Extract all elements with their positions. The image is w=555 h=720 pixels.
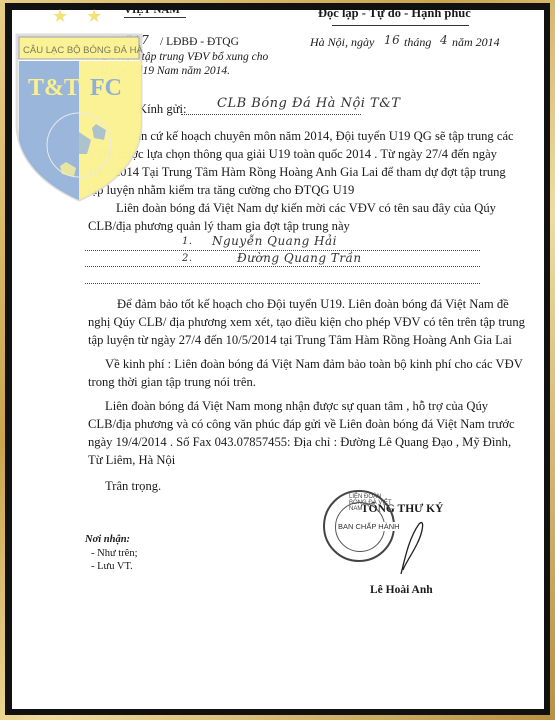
recipient-value: CLB Bóng Đá Hà Nội T&T bbox=[217, 96, 400, 111]
para5-line-3: ngày 19/4/2014 . Số Fax 043.07857455: Đị… bbox=[88, 435, 511, 450]
date-day: 16 bbox=[384, 33, 400, 47]
para3-line-2: nghị Qúy CLB/ địa phương xem xét, tạo đi… bbox=[88, 315, 525, 330]
player-line-2 bbox=[85, 266, 480, 267]
signer-name: Lê Hoài Anh bbox=[370, 584, 433, 596]
para4-line-2: trong thời gian tập trung nói trên. bbox=[88, 375, 256, 390]
para2-line-2: CLB/địa phương quản lý tham gia đợt tập … bbox=[88, 219, 350, 234]
player-line-3 bbox=[85, 283, 480, 284]
logo-right-text: FC bbox=[90, 75, 122, 101]
country-name: VIỆT NAM bbox=[124, 10, 180, 16]
player-1-index: 1. bbox=[182, 236, 193, 247]
recipient-item-2: - Lưu VT. bbox=[91, 561, 133, 572]
para4-line-1: Về kinh phí : Liên đoàn bóng đá Việt Nam… bbox=[105, 357, 523, 372]
logo-stars: ★★ bbox=[52, 6, 120, 27]
shield-icon: CÂU LẠC BỘ BÓNG ĐÁ HÀ NỘI T&T FC bbox=[14, 32, 144, 202]
date-month-label: tháng bbox=[404, 35, 431, 50]
para3-line-3: tập luyện từ ngày 27/4 đến 10/5/2014 tại… bbox=[88, 333, 512, 348]
recipient-label: Kính gửi: bbox=[138, 102, 186, 117]
seal-center-text: BAN CHẤP HÀNH bbox=[338, 522, 400, 531]
para1-line-1: Căn cứ kế hoạch chuyên môn năm 2014, Đội… bbox=[127, 129, 514, 144]
national-motto: Độc lập - Tự do - Hạnh phúc bbox=[318, 10, 471, 21]
date-year: năm 2014 bbox=[452, 35, 500, 50]
club-logo: CÂU LẠC BỘ BÓNG ĐÁ HÀ NỘI T&T FC bbox=[14, 32, 144, 202]
header-rule-left bbox=[124, 17, 186, 18]
para1-line-3: 10/5/2014 Tại Trung Tâm Hàm Rồng Hoàng A… bbox=[88, 165, 506, 180]
para5-line-2: CLB/địa phương và có công văn phúc đáp g… bbox=[88, 417, 515, 432]
official-seal: LIÊN ĐOÀN BÓNG ĐÁ VIỆT NAM BAN CHẤP HÀNH bbox=[323, 490, 395, 562]
place-date-prefix: Hà Nội, ngày bbox=[310, 35, 374, 50]
closing-text: Trân trọng. bbox=[105, 479, 161, 494]
player-1-name: Nguyễn Quang Hải bbox=[212, 234, 337, 248]
recipient-item-1: - Như trên; bbox=[91, 548, 138, 559]
para5-line-1: Liên đoàn bóng đá Việt Nam mong nhận đượ… bbox=[105, 399, 488, 414]
para3-line-1: Để đảm bảo tốt kế hoạch cho Đội tuyển U1… bbox=[117, 297, 509, 312]
doc-number-suffix: / LĐBĐ - ĐTQG bbox=[160, 36, 239, 48]
player-2-name: Đường Quang Trần bbox=[237, 251, 362, 265]
seal-ring-text: LIÊN ĐOÀN BÓNG ĐÁ VIỆT NAM bbox=[349, 494, 393, 512]
logo-left-text: T&T bbox=[28, 75, 80, 101]
player-2-index: 2. bbox=[182, 253, 193, 264]
para5-line-4: Từ Liêm, Hà Nội bbox=[88, 453, 175, 468]
signature-scribble bbox=[397, 518, 427, 578]
recipients-title: Nơi nhận: bbox=[85, 534, 130, 545]
header-rule-right bbox=[332, 25, 469, 26]
recipient-dotted-line bbox=[181, 114, 361, 115]
para1-line-2: VĐV được lựa chọn thông qua giải U19 toà… bbox=[88, 147, 497, 162]
date-month: 4 bbox=[440, 33, 448, 47]
logo-banner-text: CÂU LẠC BỘ BÓNG ĐÁ HÀ NỘI bbox=[23, 45, 144, 56]
para2-line-1: Liên đoàn bóng đá Việt Nam dự kiến mời c… bbox=[116, 201, 496, 216]
